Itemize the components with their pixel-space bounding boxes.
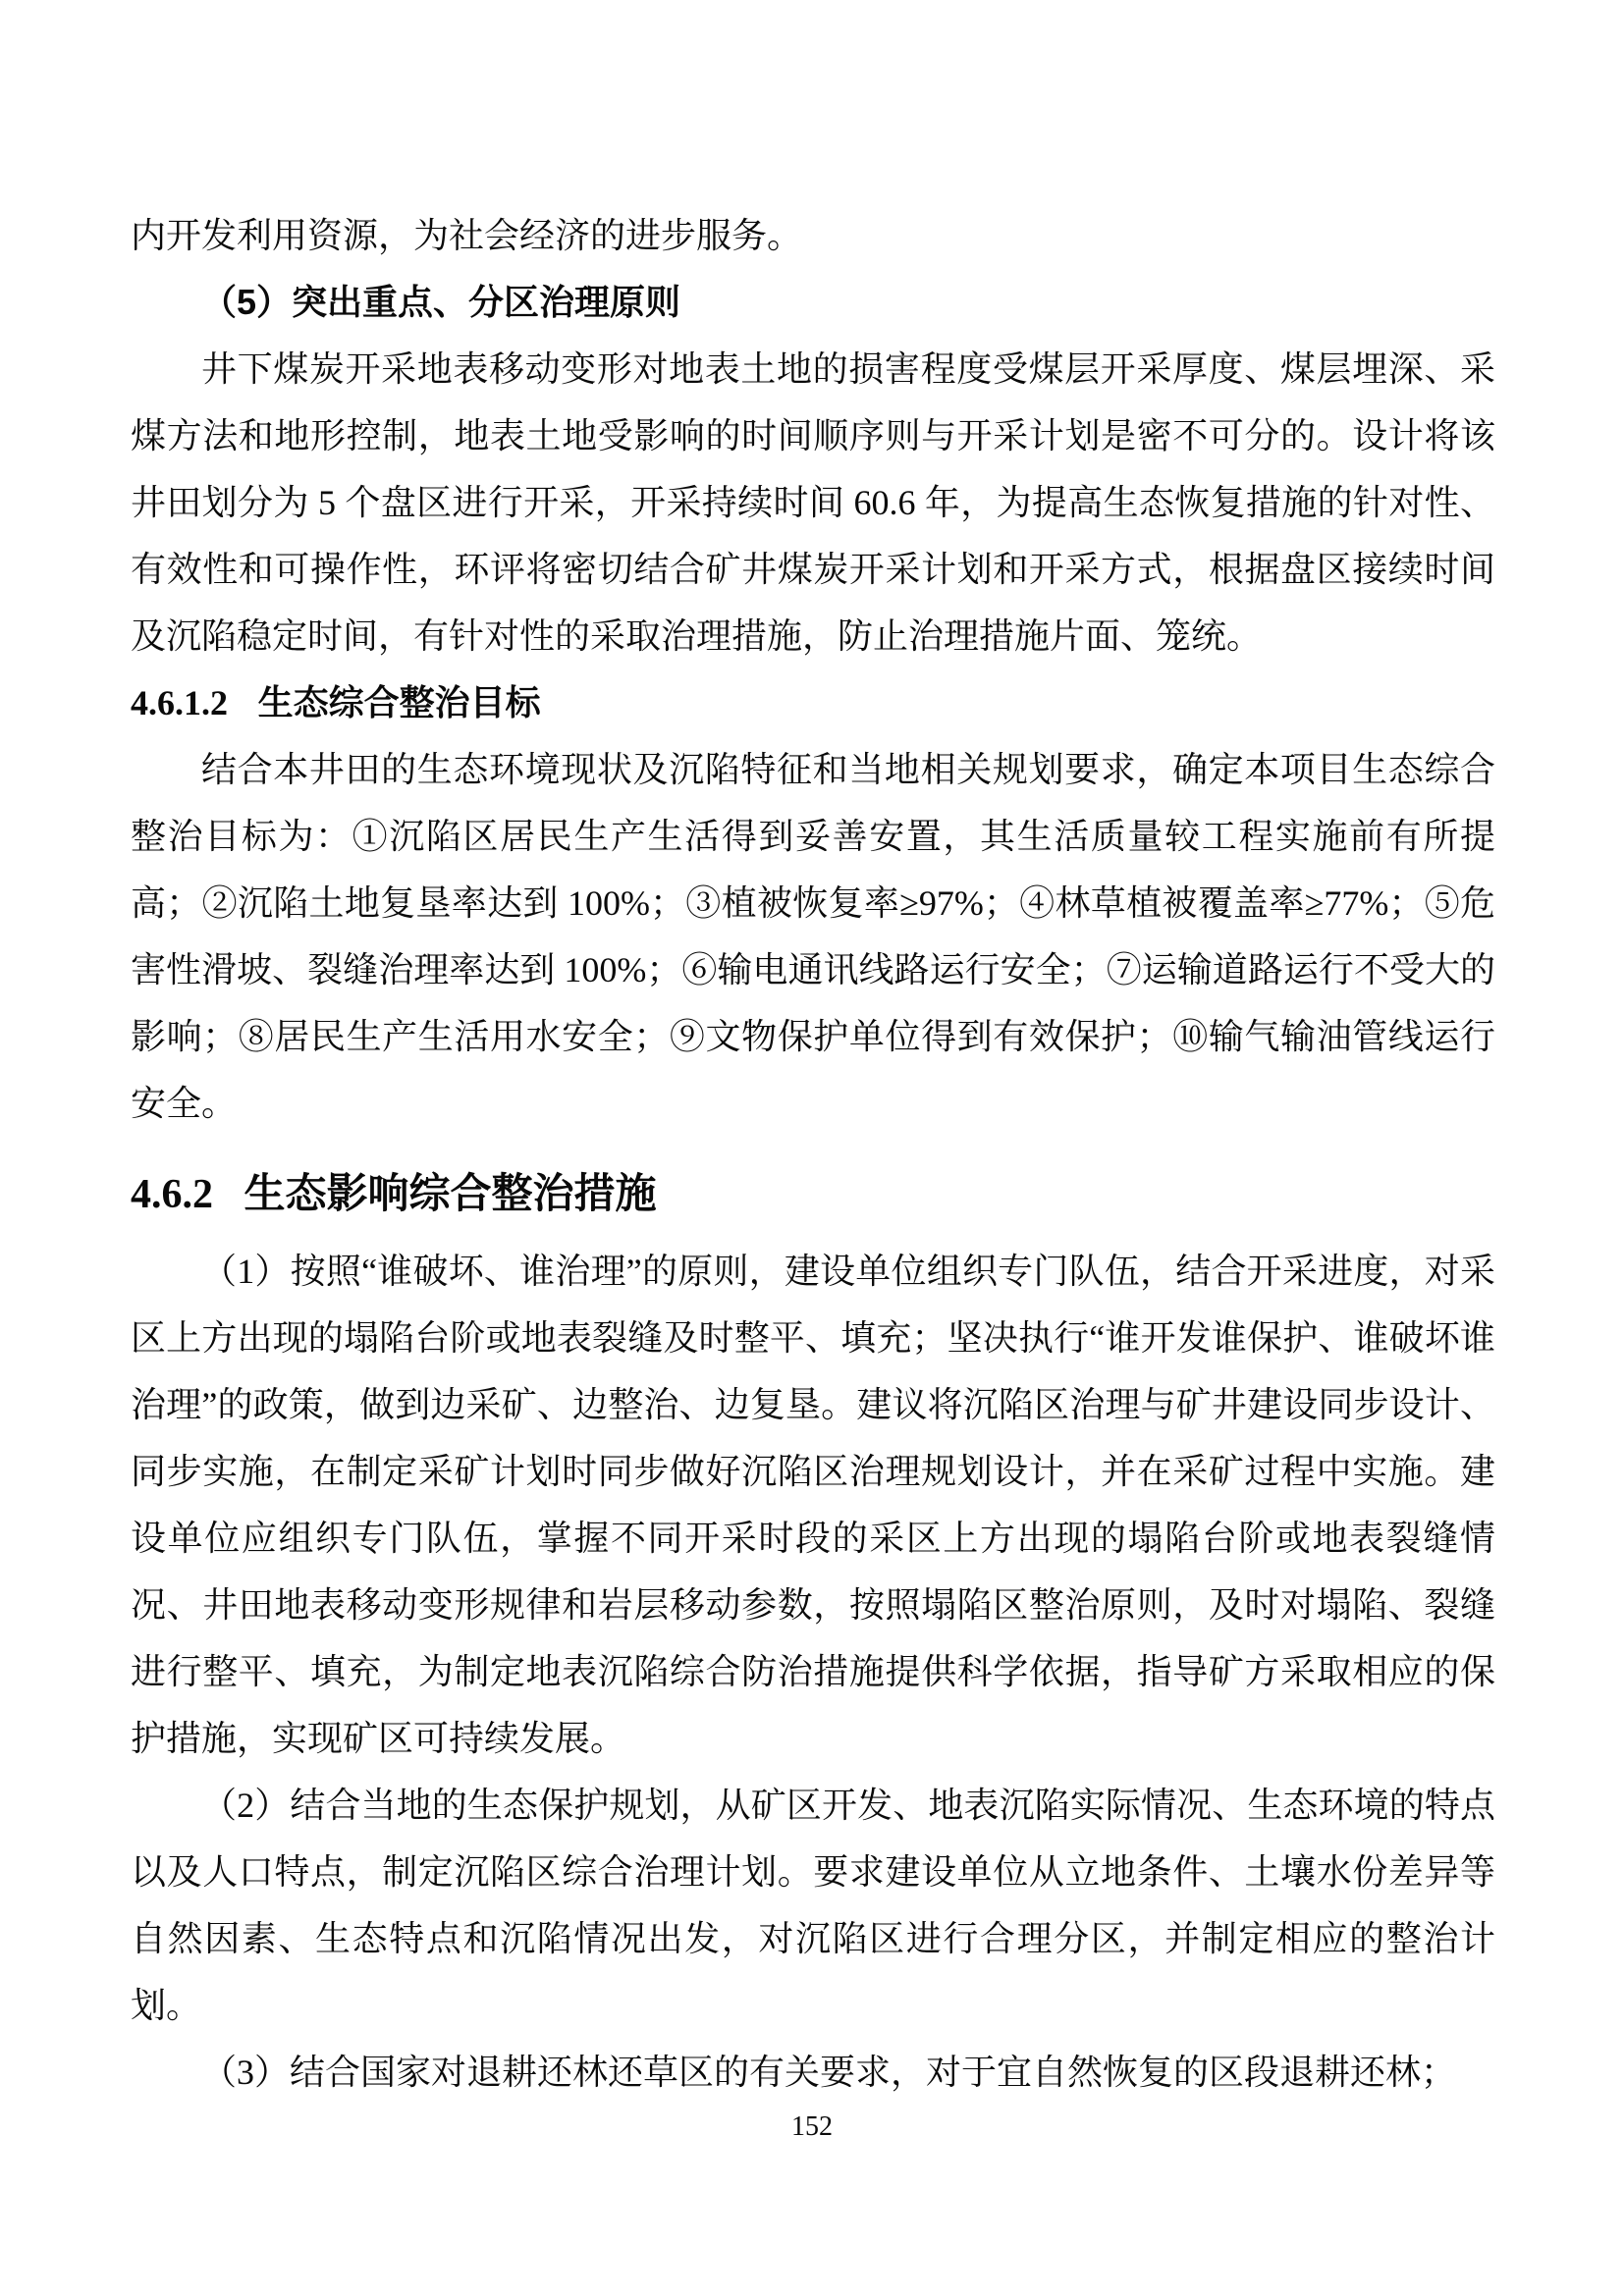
heading-4-6-2: 4.6.2 生态影响综合整治措施 <box>131 1160 1495 1228</box>
heading-4-6-2-title: 生态影响综合整治措施 <box>244 1170 657 1216</box>
paragraph-mining-plan: 井下煤炭开采地表移动变形对地表土地的损害程度受煤层开采厚度、煤层埋深、采煤方法和… <box>131 336 1495 669</box>
heading-4-6-1-2-title: 生态综合整治目标 <box>258 682 541 722</box>
document-page: 内开发利用资源，为社会经济的进步服务。 （5）突出重点、分区治理原则 井下煤炭开… <box>0 0 1624 2296</box>
paragraph-ecological-goals: 结合本井田的生态环境现状及沉陷特征和当地相关规划要求，确定本项目生态综合整治目标… <box>131 736 1495 1137</box>
paragraph-measure-3: （3）结合国家对退耕还林还草区的有关要求，对于宜自然恢复的区段退耕还林； <box>131 2039 1495 2106</box>
page-content: 内开发利用资源，为社会经济的进步服务。 （5）突出重点、分区治理原则 井下煤炭开… <box>0 0 1624 2106</box>
paragraph-measure-1: （1）按照“谁破坏、谁治理”的原则，建设单位组织专门队伍，结合开采进度，对采区上… <box>131 1238 1495 1772</box>
paragraph-continued-from-previous-page: 内开发利用资源，为社会经济的进步服务。 <box>131 202 1495 269</box>
paragraph-measure-2: （2）结合当地的生态保护规划，从矿区开发、地表沉陷实际情况、生态环境的特点以及人… <box>131 1772 1495 2039</box>
heading-4-6-2-number: 4.6.2 <box>131 1172 213 1217</box>
heading-4-6-1-2-number: 4.6.1.2 <box>131 683 228 722</box>
heading-principle-5: （5）突出重点、分区治理原则 <box>131 269 1495 336</box>
heading-4-6-1-2: 4.6.1.2 生态综合整治目标 <box>131 669 1495 736</box>
page-number: 152 <box>0 2110 1624 2144</box>
